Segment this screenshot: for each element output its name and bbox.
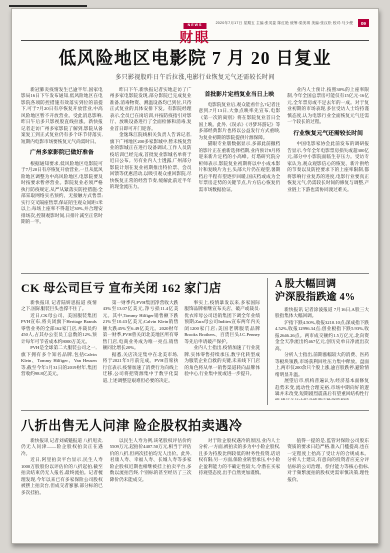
text-block: 电影院复业后,观众能看什么?记者注意到,7月13日,大象点映率先宣布,电影《第一… [199,102,281,141]
section-divider [21,273,369,274]
lead-columns: 新冠肺炎疫情发生已逾半年,国家电影局16日下午发布通知,低风险地区在电影院各项防… [21,87,369,268]
text-block: 据悉,关店决定集中在北美市场,将于2021年5月前完成。PVH首席执行官表示,疫… [103,352,179,385]
astock-body: 新快报讯 记者涂波报道 7月16日,A股三大股指集体大幅回调。沪指下跌4.50%… [275,307,369,400]
text-block: 对于险企股权遇冷的原因,业内人士分析,一方面,被拍卖的多为中小险企股权,且多为持… [199,438,281,477]
page-header: NEWS 财眼 2020年7月17日 星期五 主编:张英姿 陈红艳 统筹:梁美琪… [21,13,369,41]
ck-headline: CK 母公司巨亏 宣布关闭 162 家门店 [21,279,260,296]
ck-column-3: 事实上,疫情暴发以来,多家国际服饰品牌相继宣布关店、破产或裁员:优衣库母公司迅销… [184,300,260,403]
lead-column-1: 新冠肺炎疫情发生已逾半年,国家电影局16日下午发布通知,低风险地区在电影院各项防… [21,87,103,268]
text-block: 猫眼专业版数据显示,多部此前撤档的影片正在重新选择档期,业内预计8月将迎来新片定… [199,141,281,193]
ck-columns: 新快报讯 记者陆妍思报道 疫情之下,国际服装巨头也撑不住了。近日,CK母公司、美… [21,300,260,403]
auction-column-2: 以民生人寿为例,该笔股权评估价约5509万元,起拍价4407.50万元,相当于评… [110,438,192,528]
text-block: 新快报讯 记者涂波报道 7月16日,A股三大股指集体大幅回调。 [275,307,369,320]
text-block: 业内人士预计,按照30%的上座率限制,今年全国总票房可能仅有15亿元-16亿元,… [287,87,369,126]
section-title: 财眼 [180,31,211,45]
text-block: 行业恢复元气还需较长时间 [287,130,369,138]
text-block: 首批影片定档复业当日上映 [199,91,281,99]
newspaper-page: NEWS 财眼 2020年7月17日 星期五 主编:张英姿 陈红艳 统筹:梁美琪… [11,8,379,544]
text-block: 根据通知要求,低风险地区电影院可于7月20日有序恢复开放营业,一旦从低风险地区调… [21,161,103,226]
section-divider [21,410,369,411]
text-block: 新快报讯 记者刘威魁报道 八折甩卖,仍无人问津——险企股权拍卖正在遇冷。 [21,438,103,458]
text-block: 事实上,疫情暴发以来,多家国际服饰品牌相继宣布关店、破产或裁员:优衣库母公司迅销… [184,300,260,346]
ck-column-1: 新快报讯 记者陆妍思报道 疫情之下,国际服装巨头也撑不住了。近日,CK母公司、美… [21,300,97,403]
text-block: 金逸珠江院线相关负责人告诉记者,旗下广州地区200多家影城中,暂未恢复营业的影城… [110,132,192,191]
scan-artifact-line [9,5,87,7]
news-tag-badge: NEWS [184,23,207,29]
auction-column-1: 新快报讯 记者刘威魁报道 八折甩卖,仍无人问津——险企股权拍卖正在遇冷。近日,阿… [21,438,103,528]
text-block: 新快报讯 记者陆妍思报道 疫情之下,国际服装巨头也撑不住了。 [21,300,97,313]
auction-columns: 新快报讯 记者刘威魁报道 八折甩卖,仍无人问津——险企股权拍卖正在遇冷。近日,阿… [21,438,369,528]
astock-headline-line2: 沪深股指跌逾 4% [275,291,369,304]
text-block: 分析人士指出,前期涨幅较大的消费、医药等板块领跌,市场获利回吐压力集中释放。盘面… [275,352,369,378]
page-number-badge: 09 [358,19,369,27]
astock-headline: A 股大幅回调 沪深股指跌逾 4% [275,278,369,304]
dateline: 2020年7月17日 星期五 主编:张英姿 陈红艳 统筹:梁美琪 美编:张汉松 … [216,21,353,26]
text-block: PVH是全球第二大服装公司之一,旗下拥有多个知名品牌,包括Calvin Klei… [21,345,97,378]
lead-column-3: 首批影片定档复业当日上映电影院复业后,观众能看什么?记者注意到,7月13日,大象… [199,87,281,268]
auction-headline: 八折出售无人问津 险企股权拍卖遇冷 [21,415,369,434]
text-block: 展望后市,机构普遍认为,经济基本面修复趋势未变,流动性合理充裕,市场中期向好的逻… [275,378,369,399]
lead-article: 低风险地区电影院 7 月 20 日复业 多只影视股昨日午后拉涨,电影行业恢复元气… [21,49,369,268]
text-block: 值得一提的是,监管对保险公司股东资质的要求日趋严格,准入门槛提高,也在一定程度上… [287,438,369,484]
auction-column-4: 值得一提的是,监管对保险公司股东资质的要求日趋严格,准入门槛提高,也在一定程度上… [287,438,369,528]
auction-column-3: 对于险企股权遇冷的原因,业内人士分析,一方面,被拍卖的多为中小险企股权,且多为持… [199,438,281,528]
ck-column-2: 第一财季内,PVH集团净营收大跌43%至13.07亿美元,净亏损11.4亿美元。… [103,300,179,403]
lead-subhead: 多只影视股昨日午后拉涨,电影行业恢复元气还需较长时间 [21,72,369,81]
text-block: 新冠肺炎疫情发生已逾半年,国家电影局16日下午发布通知,低风险地区在电影院各项防… [21,87,103,146]
astock-headline-line1: A 股大幅回调 [275,278,369,291]
text-block: 业内人士指出,疫情加速了行业洗牌,实体零售持续承压,数字化转型成为服装企业自救的… [184,345,260,378]
middle-row: CK 母公司巨亏 宣布关闭 162 家门店 新快报讯 记者陆妍思报道 疫情之下,… [21,278,369,405]
text-block: 近日,阿里拍卖平台显示,民生人寿1000万股股份以评估价的八折起拍,截至拍卖结束… [21,457,103,496]
text-block: 昨日下午,新快报记者实地走访了广州多家电影院发现,部分影院已完成复业准备,消毒物… [110,87,192,133]
text-block: 近日,CK母公司、美国服装集团PVH宣布,将关闭旗下Heritage Brand… [21,313,97,346]
lead-headline: 低风险地区电影院 7 月 20 日复业 [21,49,369,68]
text-block: 广州多家影院已做好准备 [21,149,103,157]
text-block: 中国电影家协会此前发布的调研报告显示,今年全年电影票房损失或超300亿元,部分中… [287,141,369,193]
lead-column-2: 昨日下午,新快报记者实地走访了广州多家电影院发现,部分影院已完成复业准备,消毒物… [110,87,192,268]
text-block: 第一财季内,PVH集团净营收大跌43%至13.07亿美元,净亏损11.4亿美元。… [103,300,179,352]
astock-article: A 股大幅回调 沪深股指跌逾 4% 新快报讯 记者涂波报道 7月16日,A股三大… [268,278,369,405]
lead-column-4: 业内人士预计,按照30%的上座率限制,今年全国总票房可能仅有15亿元-16亿元,… [287,87,369,268]
auction-article: 八折出售无人问津 险企股权拍卖遇冷 新快报讯 记者刘威魁报道 八折甩卖,仍无人问… [21,415,369,528]
text-block: 以民生人寿为例,该笔股权评估价约5509万元,起拍价4407.50万元,相当于评… [110,438,192,484]
text-block: 沪指下跌4.50%,收报3210.10点;深成指下跌4.52%,收报12996.… [275,320,369,353]
ck-article: CK 母公司巨亏 宣布关闭 162 家门店 新快报讯 记者陆妍思报道 疫情之下,… [21,278,268,405]
masthead: NEWS 财眼 [180,14,211,45]
